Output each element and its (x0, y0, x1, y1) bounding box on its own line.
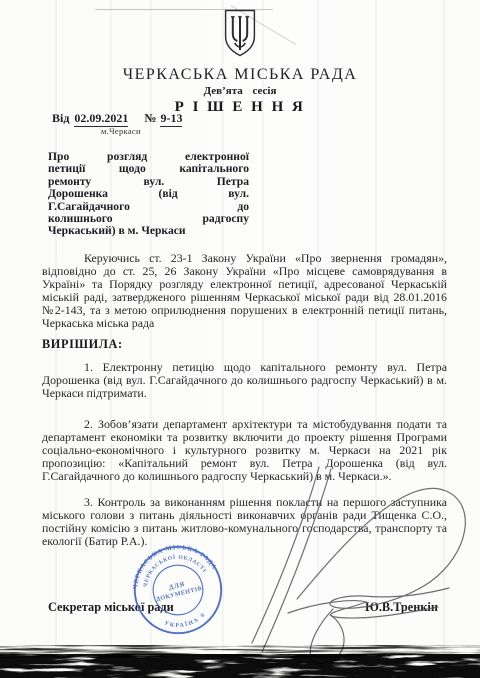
handwritten-signature-icon (0, 0, 480, 678)
scan-noise-band (0, 641, 480, 678)
document-page: ЧЕРКАСЬКА МІСЬКА РАДА Дев’ята сесія Р І … (0, 0, 480, 678)
